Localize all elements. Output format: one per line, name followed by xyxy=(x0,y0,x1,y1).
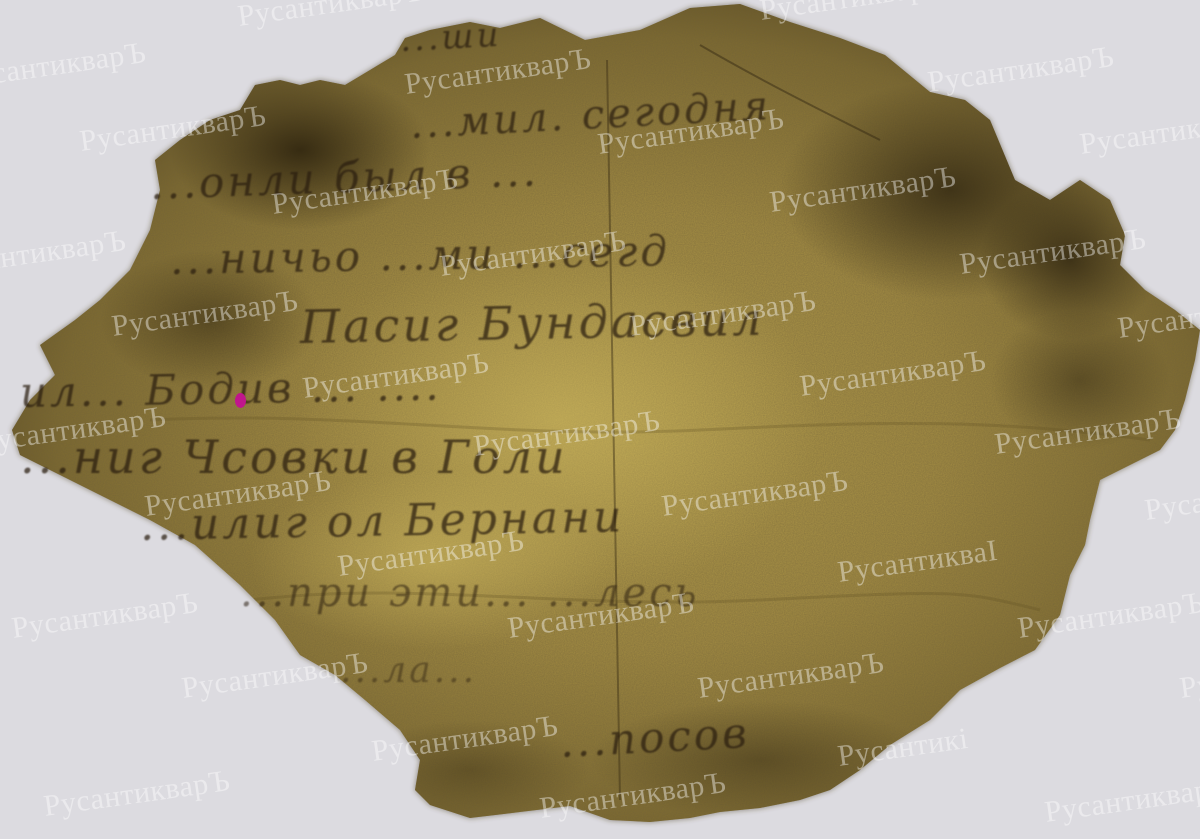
magenta-marker-dot xyxy=(235,393,246,408)
photo-stage: ...ши ...мил. сегодня ...онли был в ... … xyxy=(0,0,1200,839)
handwriting-line-1: ...ши xyxy=(399,15,502,60)
handwriting-line-11: ...посов xyxy=(559,708,751,767)
